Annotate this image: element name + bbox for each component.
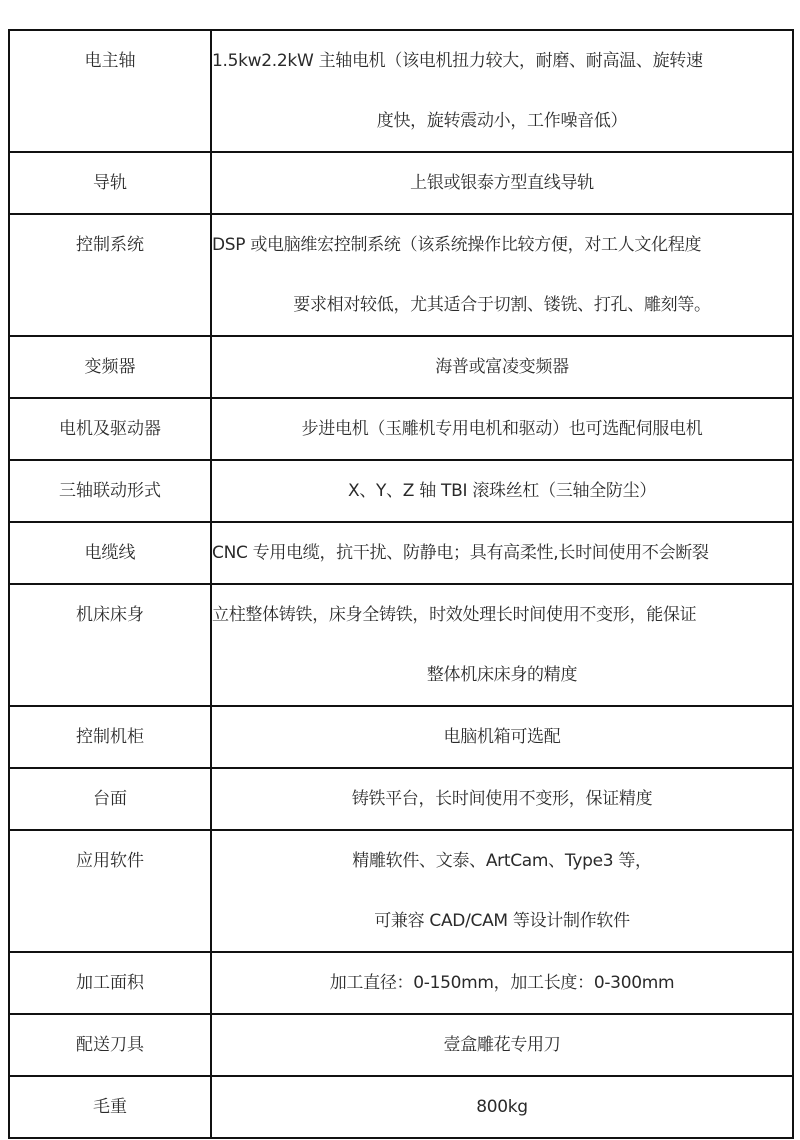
table-row: 应用软件 精雕软件、文泰、ArtCam、Type3 等， 可兼容 CAD/CAM… xyxy=(9,830,793,952)
row-value: 立柱整体铸铁，床身全铸铁，时效处理长时间使用不变形，能保证 整体机床床身的精度 xyxy=(211,584,793,706)
value-line: 精雕软件、文泰、ArtCam、Type3 等， xyxy=(212,831,792,891)
row-value: 海普或富凌变频器 xyxy=(211,336,793,398)
row-value: 精雕软件、文泰、ArtCam、Type3 等， 可兼容 CAD/CAM 等设计制… xyxy=(211,830,793,952)
value-line: CNC 专用电缆，抗干扰、防静电；具有高柔性,长时间使用不会断裂 xyxy=(212,523,792,583)
value-line: 要求相对较低，尤其适合于切割、镂铣、打孔、雕刻等。 xyxy=(212,275,792,335)
row-label: 控制系统 xyxy=(9,214,211,336)
value-line: 可兼容 CAD/CAM 等设计制作软件 xyxy=(212,891,792,951)
row-value: 步进电机（玉雕机专用电机和驱动）也可选配伺服电机 xyxy=(211,398,793,460)
value-line: 800kg xyxy=(212,1077,792,1137)
value-line: X、Y、Z 轴 TBI 滚珠丝杠（三轴全防尘） xyxy=(212,461,792,521)
row-label: 加工面积 xyxy=(9,952,211,1014)
table-row: 配送刀具 壹盒雕花专用刀 xyxy=(9,1014,793,1076)
row-value: 电脑机箱可选配 xyxy=(211,706,793,768)
table-row: 控制系统 DSP 或电脑维宏控制系统（该系统操作比较方便，对工人文化程度 要求相… xyxy=(9,214,793,336)
row-value: 800kg xyxy=(211,1076,793,1138)
table-row: 三轴联动形式 X、Y、Z 轴 TBI 滚珠丝杠（三轴全防尘） xyxy=(9,460,793,522)
table-row: 加工面积 加工直径：0-150mm，加工长度：0-300mm xyxy=(9,952,793,1014)
value-line: 步进电机（玉雕机专用电机和驱动）也可选配伺服电机 xyxy=(212,399,792,459)
value-line: 1.5kw2.2kW 主轴电机（该电机扭力较大，耐磨、耐高温、旋转速 xyxy=(212,31,792,91)
value-line: 度快，旋转震动小，工作噪音低） xyxy=(212,91,792,151)
value-line: DSP 或电脑维宏控制系统（该系统操作比较方便，对工人文化程度 xyxy=(212,215,792,275)
table-row: 台面 铸铁平台，长时间使用不变形，保证精度 xyxy=(9,768,793,830)
table-row: 变频器 海普或富凌变频器 xyxy=(9,336,793,398)
value-line: 上银或银泰方型直线导轨 xyxy=(212,153,792,213)
row-value: 加工直径：0-150mm，加工长度：0-300mm xyxy=(211,952,793,1014)
value-line: 立柱整体铸铁，床身全铸铁，时效处理长时间使用不变形，能保证 xyxy=(212,585,792,645)
row-label: 导轨 xyxy=(9,152,211,214)
row-label: 配送刀具 xyxy=(9,1014,211,1076)
row-value: 上银或银泰方型直线导轨 xyxy=(211,152,793,214)
row-label: 控制机柜 xyxy=(9,706,211,768)
row-label: 毛重 xyxy=(9,1076,211,1138)
value-line: 整体机床床身的精度 xyxy=(212,645,792,705)
value-line: 壹盒雕花专用刀 xyxy=(212,1015,792,1075)
row-value: CNC 专用电缆，抗干扰、防静电；具有高柔性,长时间使用不会断裂 xyxy=(211,522,793,584)
row-label: 电缆线 xyxy=(9,522,211,584)
row-label: 应用软件 xyxy=(9,830,211,952)
value-line: 加工直径：0-150mm，加工长度：0-300mm xyxy=(212,953,792,1013)
table-row: 机床床身 立柱整体铸铁，床身全铸铁，时效处理长时间使用不变形，能保证 整体机床床… xyxy=(9,584,793,706)
row-value: 壹盒雕花专用刀 xyxy=(211,1014,793,1076)
table-row: 控制机柜 电脑机箱可选配 xyxy=(9,706,793,768)
value-line: 铸铁平台，长时间使用不变形，保证精度 xyxy=(212,769,792,829)
table-row: 毛重 800kg xyxy=(9,1076,793,1138)
row-value: 1.5kw2.2kW 主轴电机（该电机扭力较大，耐磨、耐高温、旋转速 度快，旋转… xyxy=(211,30,793,152)
row-label: 台面 xyxy=(9,768,211,830)
row-value: X、Y、Z 轴 TBI 滚珠丝杠（三轴全防尘） xyxy=(211,460,793,522)
table-row: 导轨 上银或银泰方型直线导轨 xyxy=(9,152,793,214)
row-value: DSP 或电脑维宏控制系统（该系统操作比较方便，对工人文化程度 要求相对较低，尤… xyxy=(211,214,793,336)
value-line: 电脑机箱可选配 xyxy=(212,707,792,767)
row-label: 机床床身 xyxy=(9,584,211,706)
row-label: 电主轴 xyxy=(9,30,211,152)
table-row: 电缆线 CNC 专用电缆，抗干扰、防静电；具有高柔性,长时间使用不会断裂 xyxy=(9,522,793,584)
table-row: 电主轴 1.5kw2.2kW 主轴电机（该电机扭力较大，耐磨、耐高温、旋转速 度… xyxy=(9,30,793,152)
row-value: 铸铁平台，长时间使用不变形，保证精度 xyxy=(211,768,793,830)
spec-table: 电主轴 1.5kw2.2kW 主轴电机（该电机扭力较大，耐磨、耐高温、旋转速 度… xyxy=(8,29,794,1139)
row-label: 变频器 xyxy=(9,336,211,398)
value-line: 海普或富凌变频器 xyxy=(212,337,792,397)
row-label: 电机及驱动器 xyxy=(9,398,211,460)
row-label: 三轴联动形式 xyxy=(9,460,211,522)
table-row: 电机及驱动器 步进电机（玉雕机专用电机和驱动）也可选配伺服电机 xyxy=(9,398,793,460)
